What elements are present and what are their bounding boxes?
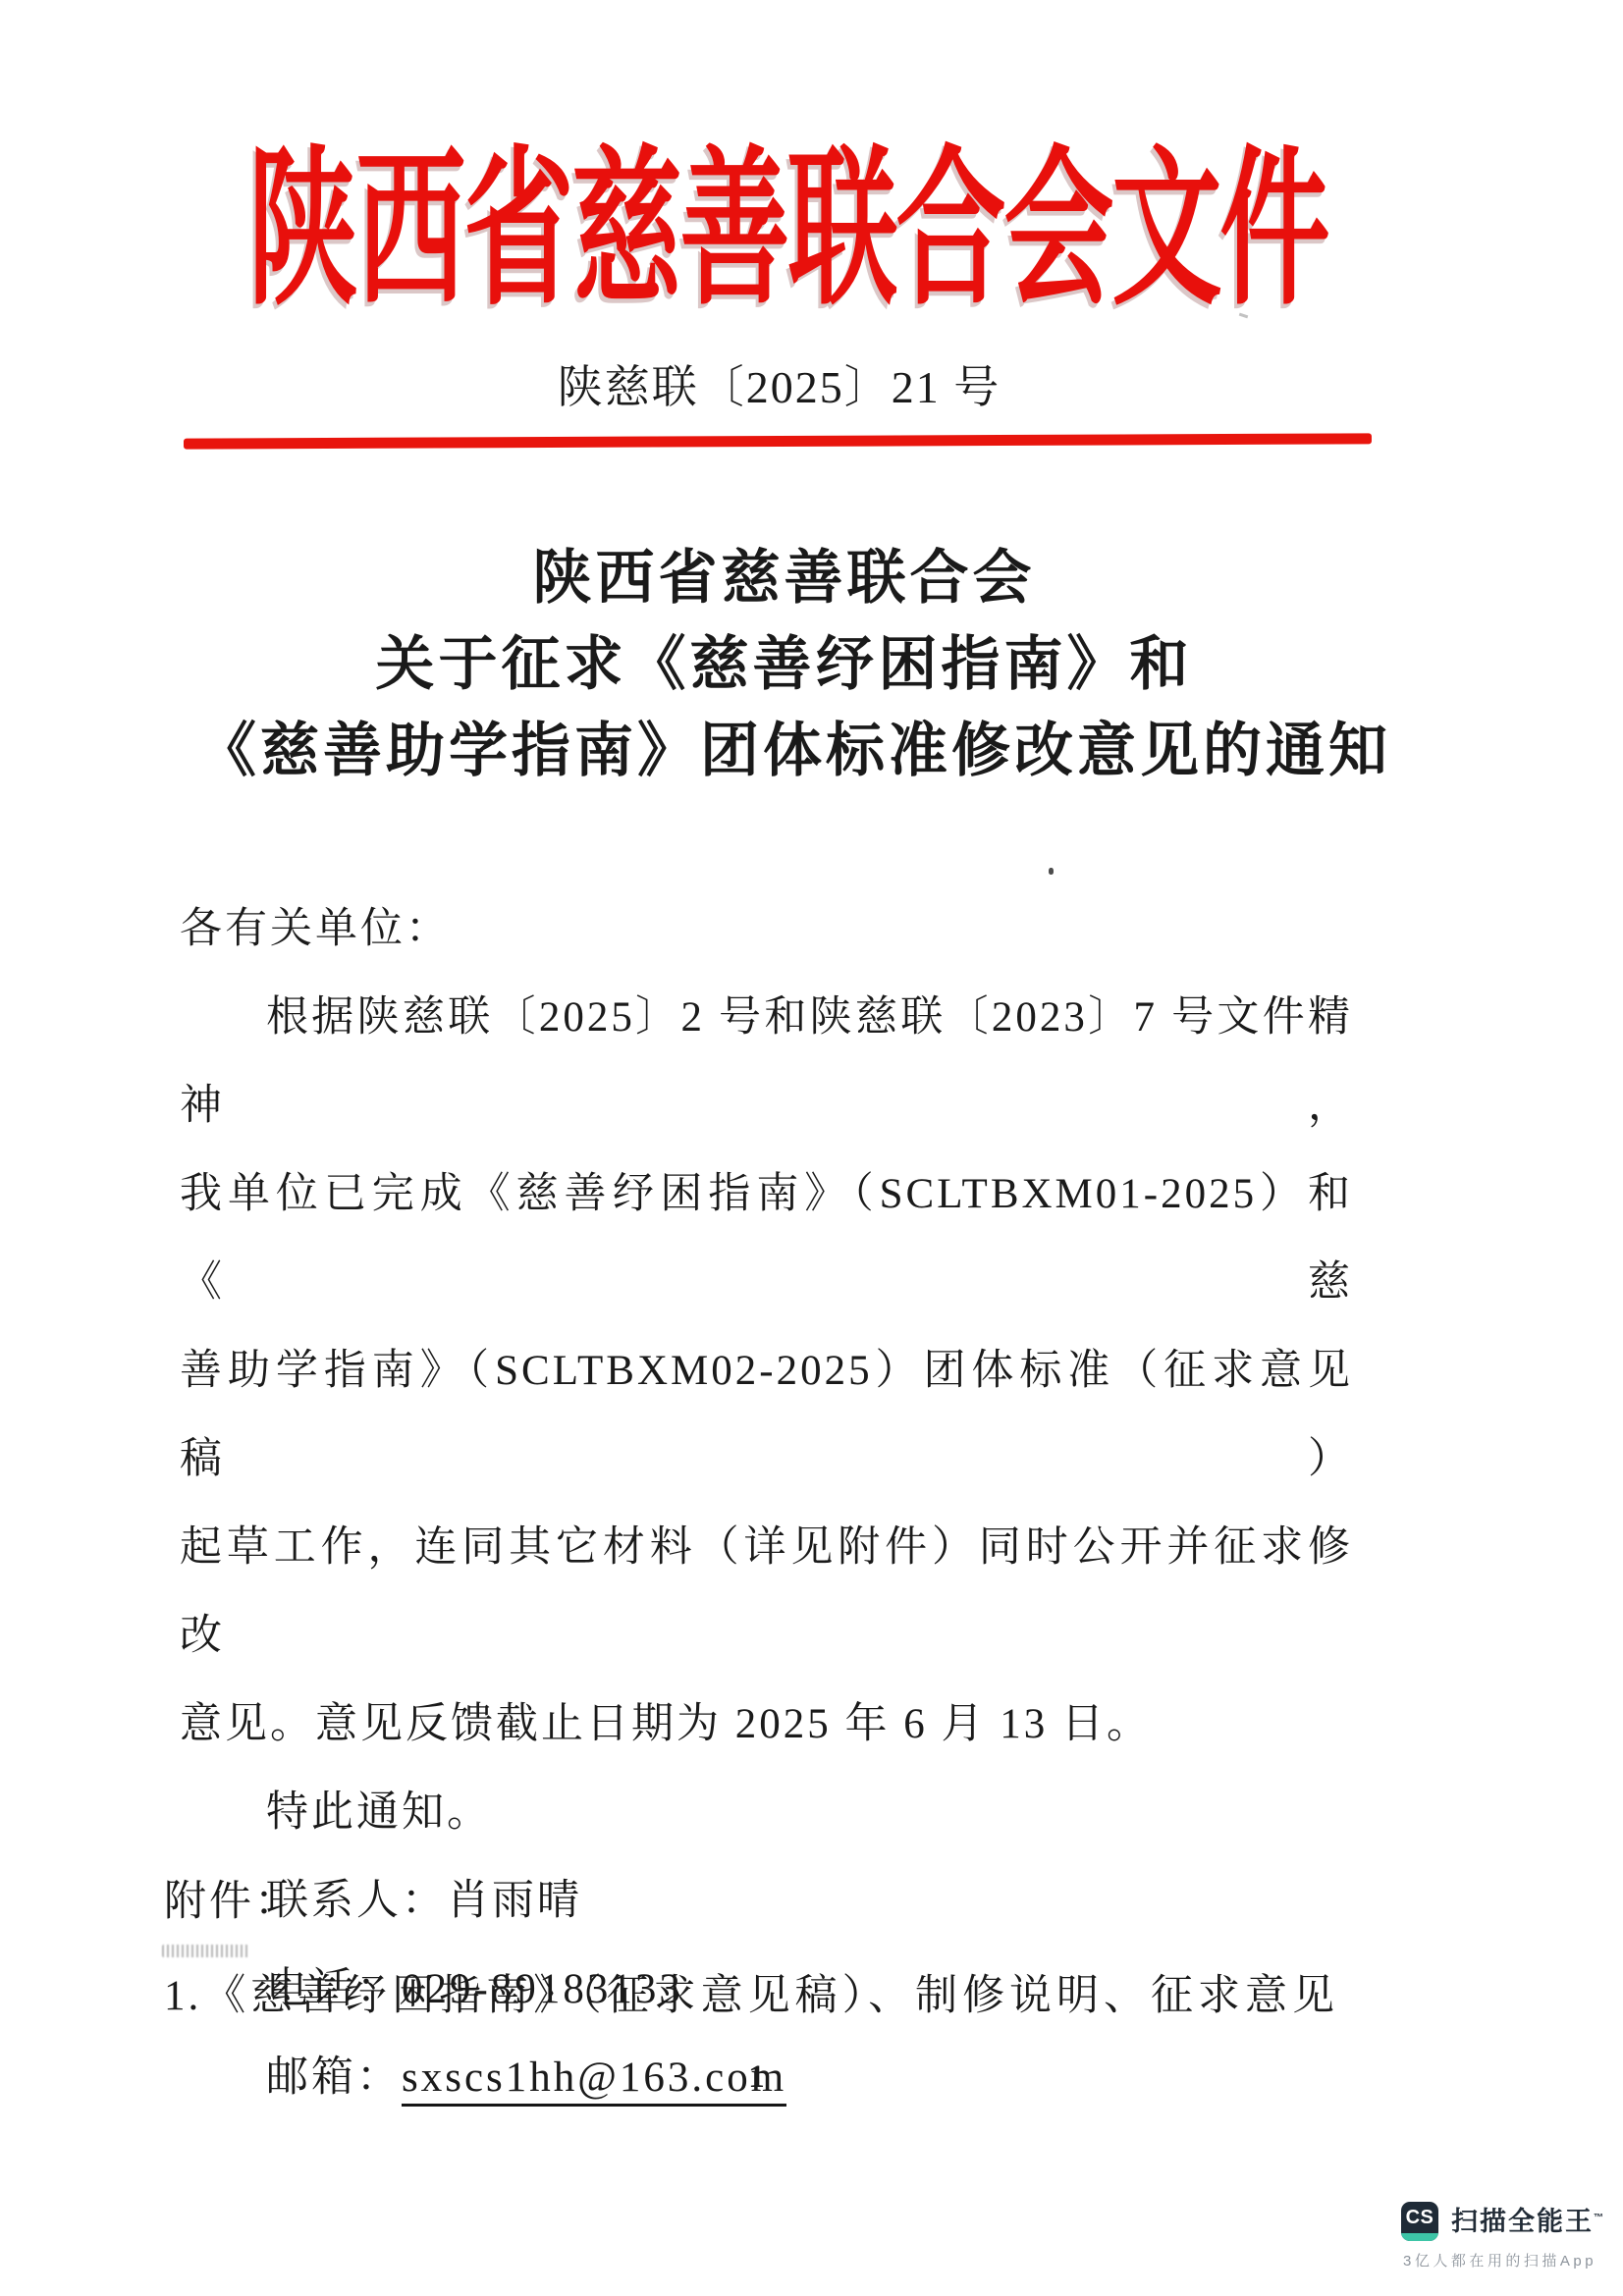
salutation: 各有关单位： [180, 885, 1353, 974]
attachments-label: 附件： [164, 1858, 1337, 1947]
camscanner-tagline: 3亿人都在用的扫描App [1403, 2250, 1603, 2270]
document-number: 陕慈联〔2025〕21 号 [192, 351, 1366, 416]
trademark-symbol: ™ [1594, 2213, 1603, 2223]
logo-accent-bar [1401, 2233, 1438, 2241]
letterhead-title: 陕西省慈善联合会文件 [248, 93, 1328, 339]
scan-speck [1049, 868, 1054, 875]
attachment-item: 1.《慈善纾困指南》（征求意见稿）、制修说明、征求意见 [164, 1952, 1337, 2041]
cs-monogram: CS [1401, 2202, 1438, 2233]
closing-line: 特此通知。 [180, 1769, 1353, 1857]
paragraph-line: 善助学指南》（SCLTBXM02-2025）团体标准（征求意见稿） [180, 1327, 1353, 1504]
paragraph-line: 意见。意见反馈截止日期为 2025 年 6 月 13 日。 [180, 1681, 1353, 1769]
camscanner-logo-icon: CS [1401, 2202, 1438, 2241]
document-content-column: 陕西省慈善联合会文件 陕慈联〔2025〕21 号 陕西省慈善联合会 关于征求《慈… [180, 0, 1353, 2296]
page-number: 1 [170, 2059, 1343, 2096]
document-title-line-1: 陕西省慈善联合会 [197, 535, 1371, 621]
scanned-document-page: 陕西省慈善联合会文件 陕慈联〔2025〕21 号 陕西省慈善联合会 关于征求《慈… [0, 0, 1623, 2296]
document-title-line-3: 《慈善助学指南》团体标准修改意见的通知 [197, 708, 1371, 794]
red-letterhead: 陕西省慈善联合会文件 [201, 93, 1375, 251]
paragraph-line: 根据陕慈联〔2025〕2 号和陕慈联〔2023〕7 号文件精神， [180, 974, 1353, 1150]
paragraph-line: 起草工作，连同其它材料（详见附件）同时公开并征求修改 [180, 1504, 1353, 1681]
camscanner-logo-row: CS 扫描全能王™ [1401, 2202, 1603, 2241]
camscanner-app-name: 扫描全能王™ [1451, 2200, 1603, 2238]
document-title: 陕西省慈善联合会 关于征求《慈善纾困指南》和 《慈善助学指南》团体标准修改意见的… [197, 535, 1371, 794]
paragraph-line: 我单位已完成《慈善纾困指南》（SCLTBXM01-2025）和《慈 [180, 1150, 1353, 1327]
document-title-line-2: 关于征求《慈善纾困指南》和 [197, 621, 1371, 708]
red-divider-line [184, 433, 1372, 449]
camscanner-watermark: CS 扫描全能王™ 3亿人都在用的扫描App [1401, 2202, 1603, 2270]
attachments-section: 附件： 1.《慈善纾困指南》（征求意见稿）、制修说明、征求意见 [164, 1858, 1337, 2041]
